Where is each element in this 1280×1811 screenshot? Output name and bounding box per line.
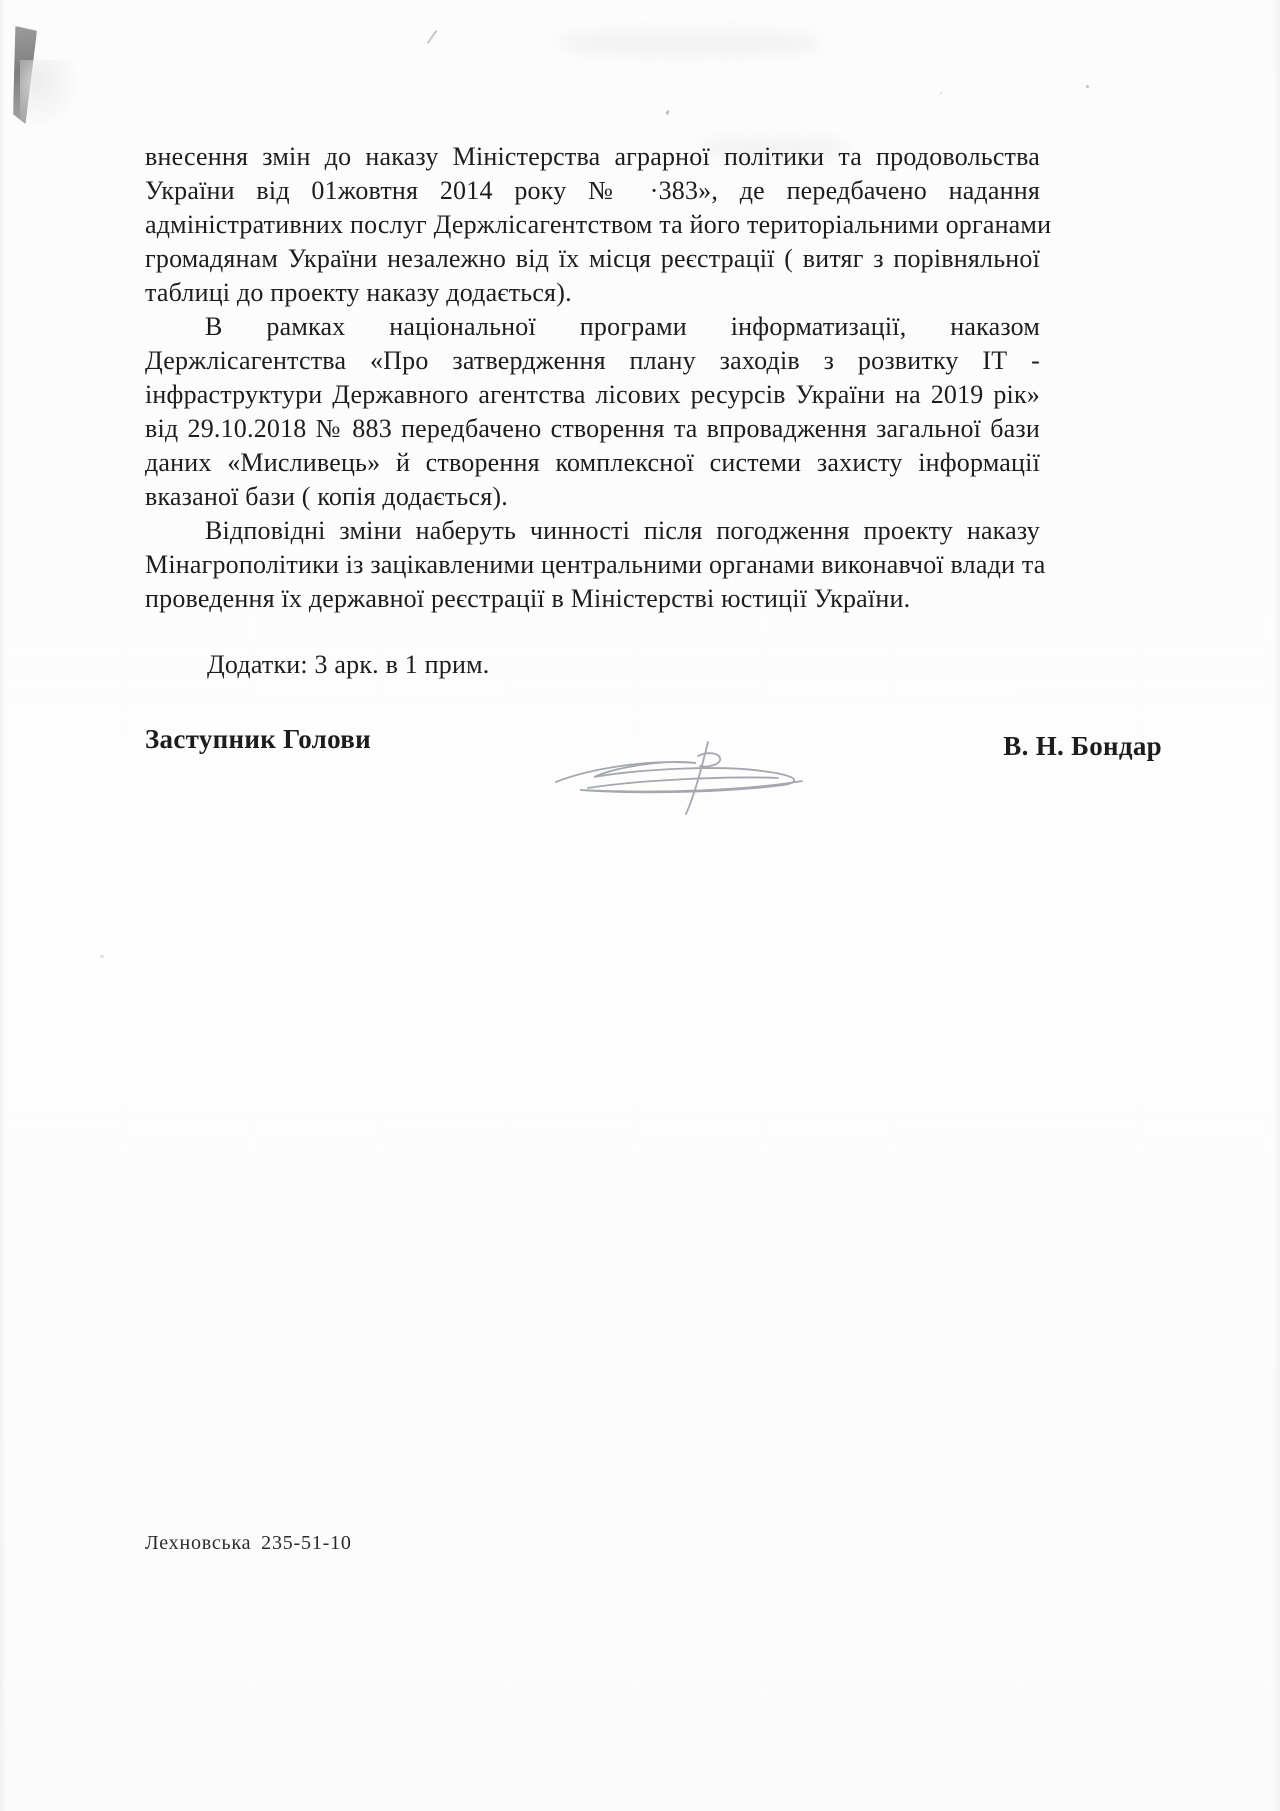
scan-edge-shadow xyxy=(0,0,6,1811)
scan-smudge xyxy=(560,30,820,56)
text-line: адміністративних послуг Держлісагентство… xyxy=(145,208,1040,242)
scan-speck xyxy=(665,110,670,116)
text-line: Держлісагентства «Про затвердження плану… xyxy=(145,344,1040,378)
handwritten-signature xyxy=(548,736,818,818)
text-line: від 29.10.2018 № 883 передбачено створен… xyxy=(145,412,1040,446)
text-line: таблиці до проекту наказу додається). xyxy=(145,276,1040,310)
text-line: внесення змін до наказу Міністерства агр… xyxy=(145,140,1040,174)
text-line: Відповідні зміни наберуть чинності після… xyxy=(145,514,1040,548)
signer-position-title: Заступник Голови xyxy=(145,724,371,755)
scan-speck xyxy=(100,955,104,958)
text-line: вказаної бази ( копія додається). xyxy=(145,480,1040,514)
executor-contact-line: Лехновська 235-51-10 xyxy=(145,1532,352,1555)
scanned-page: внесення змін до наказу Міністерства агр… xyxy=(0,0,1280,1811)
scan-speck xyxy=(1086,85,1089,88)
text-line: України від 01жовтня 2014 року № ·383», … xyxy=(145,174,1040,208)
text-line: проведення їх державної реєстрації в Мін… xyxy=(145,582,1040,616)
scan-pen-tick xyxy=(427,30,438,44)
text-line: Мінагрополітики із зацікавленими централ… xyxy=(145,548,1040,582)
text-line: інфраструктури Державного агентства лісо… xyxy=(145,378,1040,412)
letter-body: внесення змін до наказу Міністерства агр… xyxy=(145,140,1040,682)
signer-name: В. Н. Бондар xyxy=(1003,731,1162,762)
attachments-line: Додатки: 3 арк. в 1 прим. xyxy=(145,648,1040,682)
scan-smear xyxy=(20,60,80,130)
text-line: даних «Мисливець» й створення комплексно… xyxy=(145,446,1040,480)
text-line: громадянам України незалежно від їх місц… xyxy=(145,242,1040,276)
scan-edge-shadow xyxy=(1273,0,1280,1811)
scan-speck xyxy=(940,92,942,94)
text-line: В рамках національної програми інформати… xyxy=(145,310,1040,344)
